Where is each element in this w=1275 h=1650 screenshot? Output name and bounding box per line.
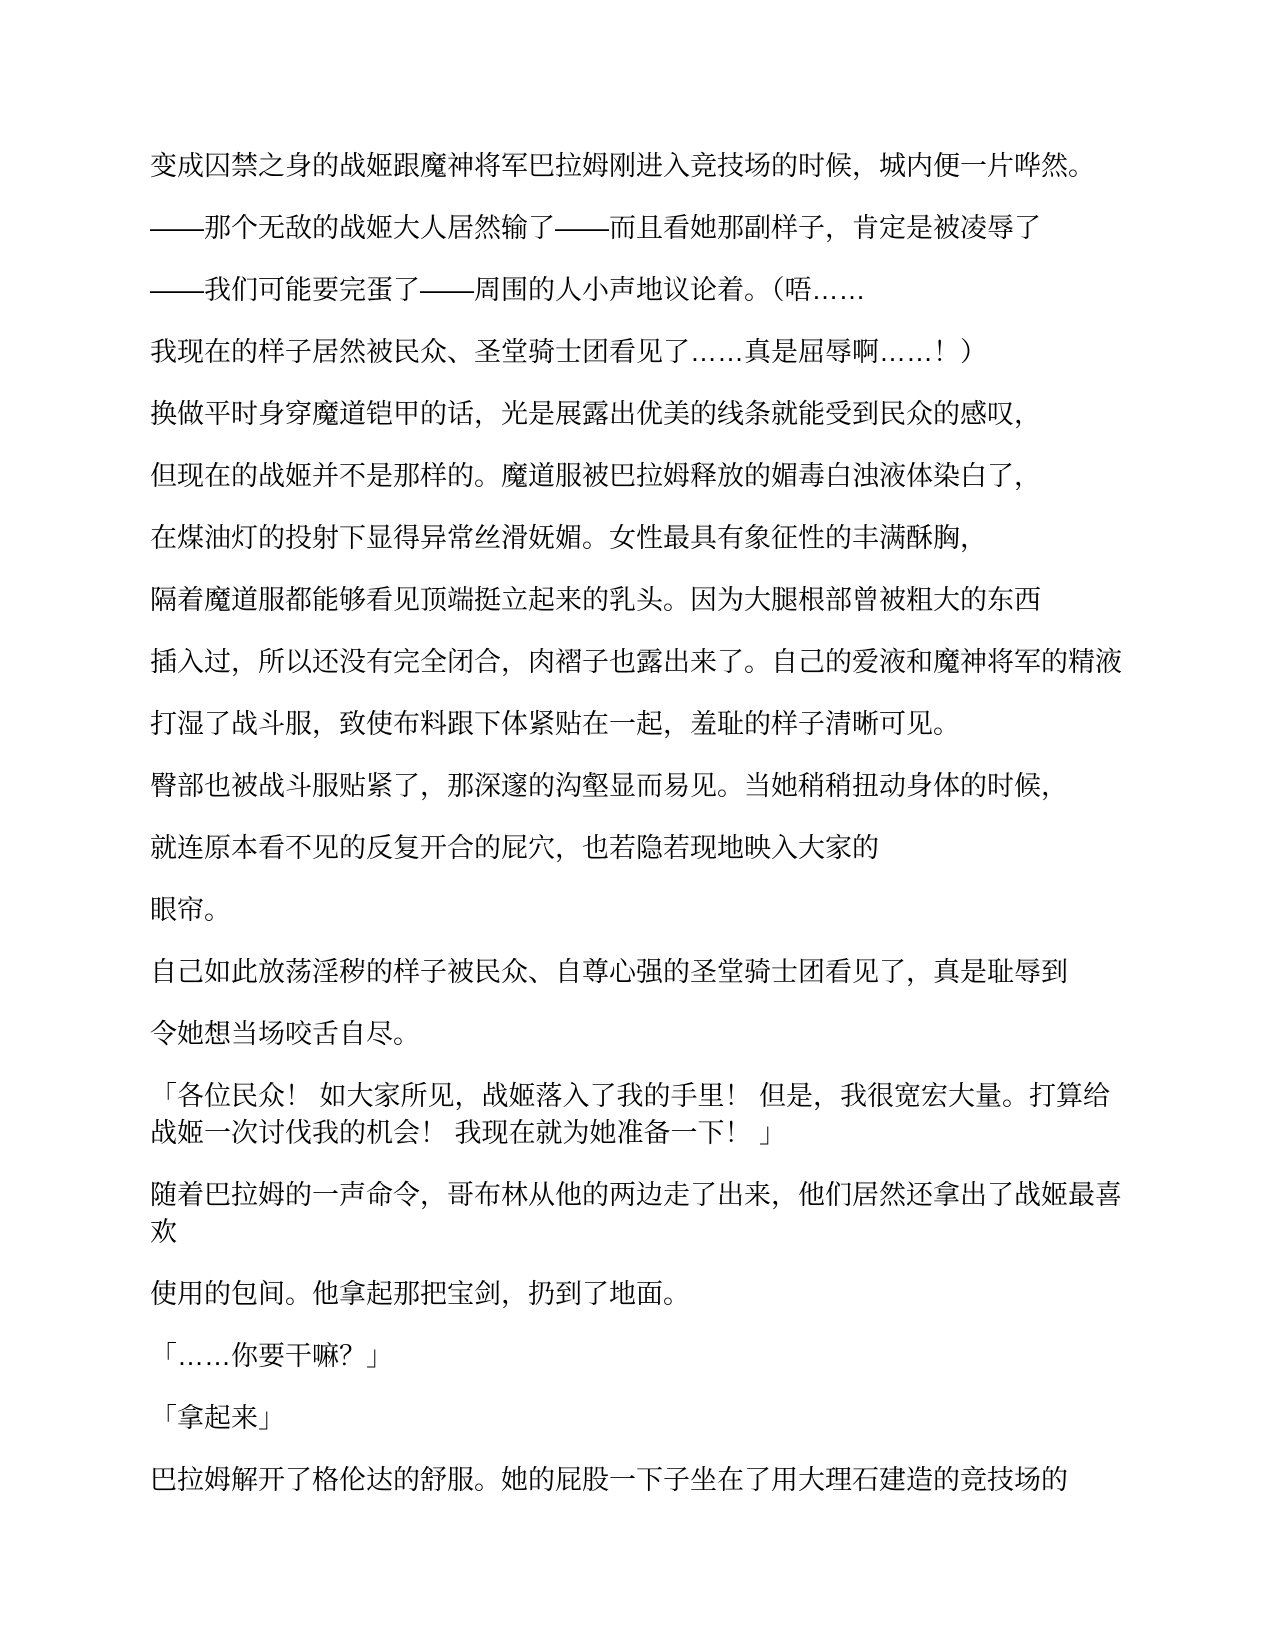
paragraph: 随着巴拉姆的一声命令，哥布林从他的两边走了出来，他们居然还拿出了战姬最喜 欢 (150, 1177, 1217, 1251)
paragraph: 在煤油灯的投射下显得异常丝滑妩媚。女性最具有象征性的丰满酥胸， (150, 520, 1217, 557)
paragraph: 眼帘。 (150, 892, 1217, 929)
paragraph: 臀部也被战斗服贴紧了，那深邃的沟壑显而易见。当她稍稍扭动身体的时候， (150, 768, 1217, 805)
document-page: 变成囚禁之身的战姬跟魔神将军巴拉姆刚进入竞技场的时候，城内便一片哗然。 ——那个… (0, 0, 1275, 1650)
paragraph: 变成囚禁之身的战姬跟魔神将军巴拉姆刚进入竞技场的时候，城内便一片哗然。 (150, 148, 1217, 185)
paragraph: 打湿了战斗服，致使布料跟下体紧贴在一起，羞耻的样子清晰可见。 (150, 706, 1217, 743)
paragraph: 巴拉姆解开了格伦达的舒服。她的屁股一下子坐在了用大理石建造的竞技场的 (150, 1462, 1217, 1499)
paragraph: ——那个无敌的战姬大人居然输了——而且看她那副样子，肯定是被凌辱了 (150, 210, 1217, 247)
paragraph: 令她想当场咬舌自尽。 (150, 1016, 1217, 1053)
paragraph: 换做平时身穿魔道铠甲的话，光是展露出优美的线条就能受到民众的感叹， (150, 396, 1217, 433)
paragraph: 「……你要干嘛？」 (150, 1338, 1217, 1375)
paragraph: 但现在的战姬并不是那样的。魔道服被巴拉姆释放的媚毒白浊液体染白了， (150, 458, 1217, 495)
paragraph: 「各位民众！ 如大家所见，战姬落入了我的手里！ 但是，我很宽宏大量。打算给 战姬… (150, 1078, 1217, 1152)
paragraph: ——我们可能要完蛋了——周围的人小声地议论着。（唔…… (150, 272, 1217, 309)
paragraph: 使用的包间。他拿起那把宝剑，扔到了地面。 (150, 1276, 1217, 1313)
paragraph: 就连原本看不见的反复开合的屁穴，也若隐若现地映入大家的 (150, 830, 1217, 867)
paragraph: 自己如此放荡淫秽的样子被民众、自尊心强的圣堂骑士团看见了，真是耻辱到 (150, 954, 1217, 991)
paragraph: 我现在的样子居然被民众、圣堂骑士团看见了……真是屈辱啊……！） (150, 334, 1217, 371)
paragraph: 插入过，所以还没有完全闭合，肉褶子也露出来了。自己的爱液和魔神将军的精液 (150, 644, 1217, 681)
text-body: 变成囚禁之身的战姬跟魔神将军巴拉姆刚进入竞技场的时候，城内便一片哗然。 ——那个… (150, 148, 1217, 1499)
paragraph: 隔着魔道服都能够看见顶端挺立起来的乳头。因为大腿根部曾被粗大的东西 (150, 582, 1217, 619)
paragraph: 「拿起来」 (150, 1400, 1217, 1437)
